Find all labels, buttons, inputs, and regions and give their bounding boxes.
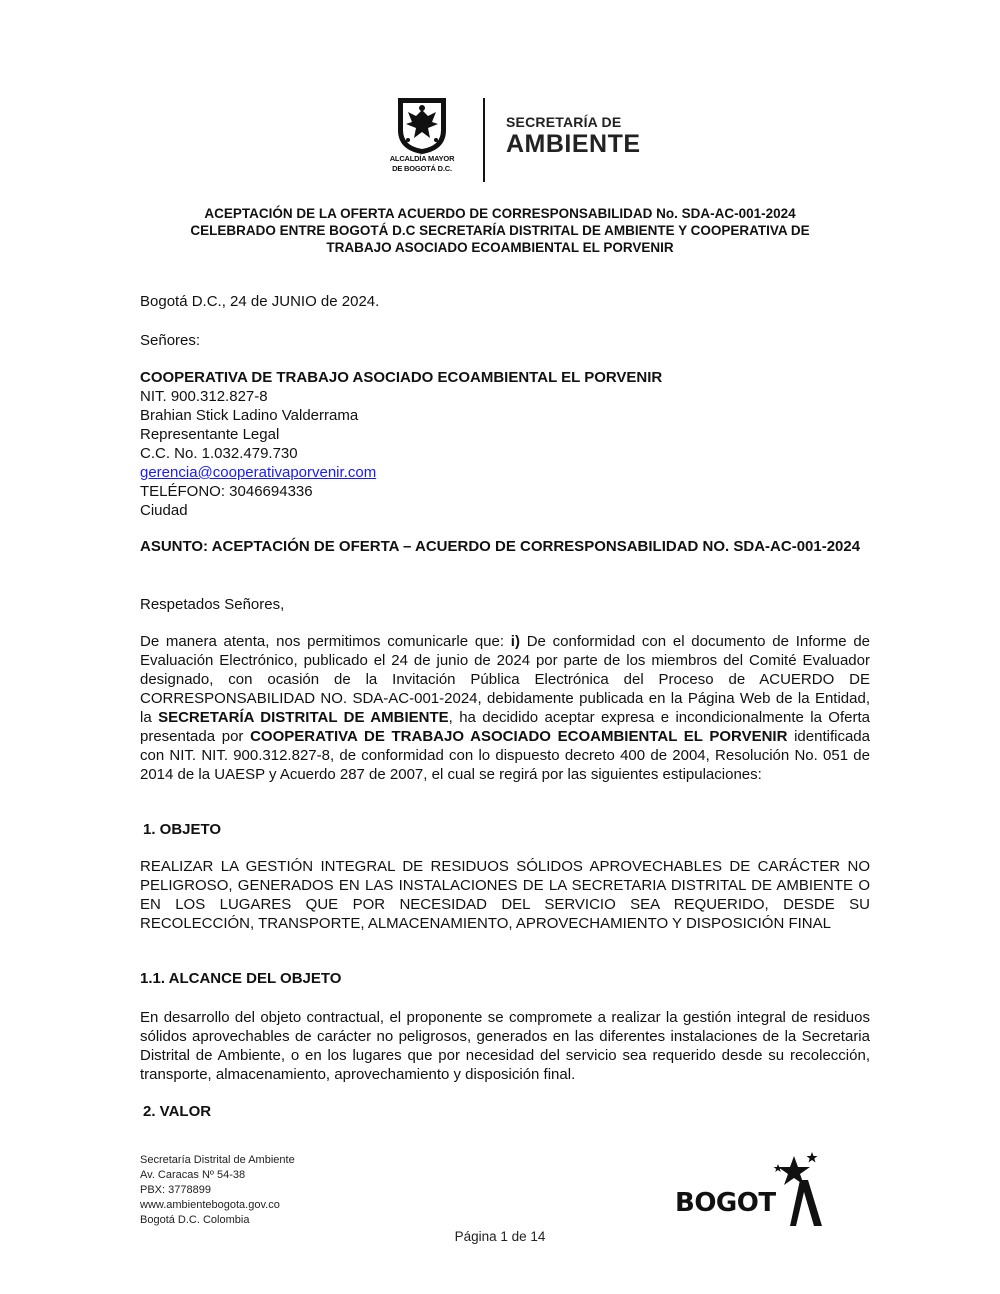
recipient-city: Ciudad (140, 501, 870, 520)
recipient-cc: C.C. No. 1.032.479.730 (140, 444, 870, 463)
footer-org: Secretaría Distrital de Ambiente (140, 1153, 295, 1168)
greeting: Respetados Señores, (140, 595, 870, 614)
recipient-company: COOPERATIVA DE TRABAJO ASOCIADO ECOAMBIE… (140, 368, 870, 387)
logo-divider (483, 98, 485, 182)
body-bold-company: COOPERATIVA DE TRABAJO ASOCIADO ECOAMBIE… (250, 728, 787, 745)
section-valor-heading: 2. VALOR (143, 1102, 873, 1121)
coat-of-arms-icon (394, 96, 450, 156)
alcaldia-line1: ALCALDÍA MAYOR (376, 154, 468, 164)
section-objeto-text: REALIZAR LA GESTIÓN INTEGRAL DE RESIDUOS… (140, 857, 870, 933)
secretaria-label: SECRETARÍA DE (506, 114, 621, 130)
ambiente-label: AMBIENTE (506, 130, 641, 159)
subject-line: ASUNTO: ACEPTACIÓN DE OFERTA – ACUERDO D… (140, 537, 880, 556)
body-bold-marker: i) (511, 633, 520, 650)
bogota-logo-text: BOGOT (675, 1188, 776, 1218)
footer-address: Secretaría Distrital de Ambiente Av. Car… (140, 1153, 295, 1228)
title-line2: CELEBRADO ENTRE BOGOTÁ D.C SECRETARÍA DI… (140, 222, 860, 239)
document-title: ACEPTACIÓN DE LA OFERTA ACUERDO DE CORRE… (140, 205, 860, 256)
section-objeto-heading: 1. OBJETO (143, 820, 873, 839)
title-line1: ACEPTACIÓN DE LA OFERTA ACUERDO DE CORRE… (140, 205, 860, 222)
section-alcance-text: En desarrollo del objeto contractual, el… (140, 1008, 870, 1084)
recipient-block: COOPERATIVA DE TRABAJO ASOCIADO ECOAMBIE… (140, 368, 870, 520)
bogota-logo: BOGOT (672, 1150, 832, 1230)
body-bold-entity: SECRETARÍA DISTRITAL DE AMBIENTE (158, 709, 449, 726)
page-number: Página 1 de 14 (400, 1229, 600, 1244)
body-text: De manera atenta, nos permitimos comunic… (140, 633, 511, 650)
footer-street: Av. Caracas Nº 54-38 (140, 1168, 295, 1183)
footer-city: Bogotá D.C. Colombia (140, 1213, 295, 1228)
accent-stroke-icon (790, 1180, 822, 1228)
footer-pbx: PBX: 3778899 (140, 1183, 295, 1198)
alcaldia-label: ALCALDÍA MAYOR DE BOGOTÁ D.C. (376, 154, 468, 174)
recipient-email-link[interactable]: gerencia@cooperativaporvenir.com (140, 464, 376, 481)
recipient-nit: NIT. 900.312.827-8 (140, 387, 870, 406)
title-line3: TRABAJO ASOCIADO ECOAMBIENTAL EL PORVENI… (140, 239, 860, 256)
section-alcance-heading: 1.1. ALCANCE DEL OBJETO (140, 969, 870, 988)
date-line: Bogotá D.C., 24 de JUNIO de 2024. (140, 292, 870, 311)
alcaldia-line2: DE BOGOTÁ D.C. (376, 164, 468, 174)
recipient-name: Brahian Stick Ladino Valderrama (140, 406, 870, 425)
salutation: Señores: (140, 331, 870, 350)
body-paragraph: De manera atenta, nos permitimos comunic… (140, 632, 870, 784)
header-logo: ALCALDÍA MAYOR DE BOGOTÁ D.C. SECRETARÍA… (390, 94, 640, 186)
footer-web: www.ambientebogota.gov.co (140, 1198, 295, 1213)
recipient-phone: TELÉFONO: 3046694336 (140, 482, 870, 501)
recipient-role: Representante Legal (140, 425, 870, 444)
